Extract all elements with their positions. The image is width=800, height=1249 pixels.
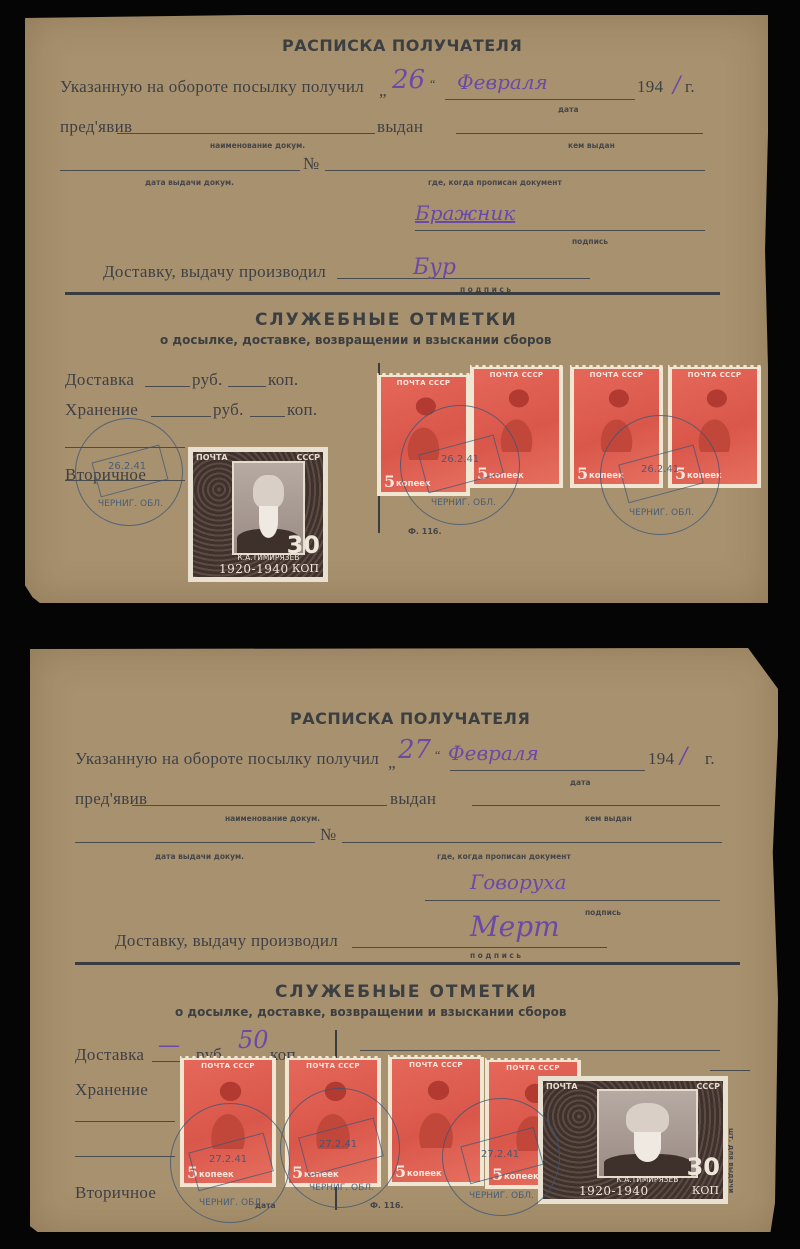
stamp-years: 1920-1940 [219, 562, 289, 576]
caption-date: дата [570, 778, 591, 787]
portrait-head [253, 475, 283, 509]
year-prefix: 194 [648, 749, 674, 769]
receipt-title: РАСПИСКА ПОЛУЧАТЕЛЯ [282, 36, 522, 55]
issued-by-line [472, 805, 720, 806]
stamp-name: К.А.ТИМИРЯЗЕВ [597, 1175, 698, 1184]
stamp-header: ПОЧТА СССР [489, 1064, 577, 1072]
issued-label: выдан [377, 117, 423, 137]
postmark-1: 27.2.41 ЧЕРНИГ. ОБЛ. [170, 1103, 290, 1223]
caption-date: дата [558, 105, 579, 114]
signature-line [425, 900, 720, 901]
fee-storage-label: Хранение [75, 1080, 148, 1100]
service-title: СЛУЖЕБНЫЕ ОТМЕТКИ [255, 310, 518, 330]
caption-registered: где, когда прописан документ [437, 852, 571, 861]
stamp-unit: КОП [292, 562, 319, 575]
right-column-line-1 [360, 1050, 720, 1051]
stamp-value: 5 [384, 472, 395, 491]
handwritten-month: Февраля [457, 70, 548, 94]
caption-signature: подпись [572, 237, 608, 246]
stamp-unit: КОП [692, 1184, 719, 1197]
handwritten-kop: 50 [238, 1026, 269, 1054]
stamp-timiryazev-30-kop: ПОЧТА СССР К.А.ТИМИРЯЗЕВ 1920-1940 30 КО… [188, 447, 328, 582]
postmark-place: ЧЕРНИГ. ОБЛ. [309, 1183, 374, 1193]
postmark-place: ЧЕРНИГ. ОБЛ. [629, 508, 694, 518]
stamp-header: ПОЧТА СССР [184, 1062, 272, 1070]
recipient-signature: Бражник [415, 201, 515, 225]
secondary-label: Вторичное [75, 1183, 156, 1203]
number-sign: № [320, 825, 337, 845]
year-suffix: г. [705, 749, 715, 769]
quote-open: „ [379, 81, 387, 101]
courier-signature-line [337, 278, 590, 279]
service-subtitle: о досылке, доставке, возвращении и взыск… [175, 1005, 566, 1019]
handwritten-year-digit: / [673, 73, 680, 98]
date-line [450, 770, 645, 771]
recipient-signature: Говоруха [470, 870, 567, 894]
caption-issued-by: кем выдан [585, 814, 632, 823]
received-label: Указанную на обороте посылку получил [60, 77, 364, 97]
portrait-beard [259, 506, 278, 538]
postmark-date: 27.2.41 [209, 1154, 247, 1165]
handwritten-year-digit: / [680, 744, 687, 769]
caption-issue-date: дата выдачи докум. [145, 178, 234, 187]
quote-close: “ [435, 748, 441, 763]
postmark-2: 27.2.41 ЧЕРНИГ. ОБЛ. [280, 1088, 400, 1208]
fee-delivery-label: Доставка [75, 1045, 144, 1065]
received-label: Указанную на обороте посылку получил [75, 749, 379, 769]
doc-number-line [342, 842, 722, 843]
portrait-image [597, 1089, 698, 1178]
postmark-date: 26.2.41 [108, 461, 146, 472]
caption-doc-name: наименование докум. [225, 814, 320, 823]
delivery-by-label: Доставку, выдачу производил [115, 931, 338, 951]
fee-rub-label: руб. [192, 370, 223, 390]
side-note: шт. для выдачи [727, 1128, 735, 1193]
stamp-header: ПОЧТА СССР [289, 1062, 377, 1070]
issue-date-line [60, 170, 300, 171]
postmark-date: 27.2.41 [319, 1139, 357, 1150]
caption-registered: где, когда прописан документ [428, 178, 562, 187]
receipt-title: РАСПИСКА ПОЛУЧАТЕЛЯ [290, 709, 530, 728]
courier-signature-line [352, 947, 607, 948]
stamp-header-left: ПОЧТА [196, 453, 228, 462]
section-divider [75, 962, 740, 965]
fee-delivery-label: Доставка [65, 370, 134, 390]
fee-delivery-kop-line [228, 386, 266, 387]
blank-line-2 [75, 1156, 175, 1157]
service-subtitle: о досылке, доставке, возвращении и взыск… [160, 333, 551, 347]
year-suffix: г. [685, 77, 695, 97]
stamp-header: ПОЧТА СССР [392, 1061, 480, 1069]
postmark-1: 26.2.41 ЧЕРНИГ. ОБЛ. [75, 418, 183, 526]
quote-close: “ [430, 77, 436, 92]
stamp-header-left: ПОЧТА [546, 1082, 578, 1091]
caption-signature: подпись [585, 908, 621, 917]
doc-name-line [132, 805, 387, 806]
signature-line [415, 230, 705, 231]
postmark-place: ЧЕРНИГ. ОБЛ. [469, 1191, 534, 1201]
handwritten-day: 27 [398, 735, 431, 765]
handwritten-day: 26 [392, 65, 425, 95]
section-divider [65, 292, 720, 295]
year-prefix: 194 [637, 77, 663, 97]
delivery-by-label: Доставку, выдачу производил [103, 262, 326, 282]
stamp-header: ПОЧТА СССР [672, 371, 757, 379]
fee-kop-label-2: коп. [287, 400, 317, 420]
caption-doc-name: наименование докум. [210, 141, 305, 150]
handwritten-rub: — [158, 1033, 180, 1058]
stamp-value: 5 [577, 464, 588, 483]
fee-rub-label-2: руб. [213, 400, 244, 420]
postmark-date: 26.2.41 [641, 464, 679, 475]
stamp-years: 1920-1940 [579, 1184, 649, 1198]
fee-storage-label: Хранение [65, 400, 138, 420]
portrait-beard [634, 1132, 661, 1162]
service-title: СЛУЖЕБНЫЕ ОТМЕТКИ [275, 982, 538, 1002]
postmark-place: ЧЕРНИГ. ОБЛ. [98, 499, 163, 509]
quote-open: „ [388, 753, 396, 773]
postmark-2: 26.2.41 ЧЕРНИГ. ОБЛ. [400, 405, 520, 525]
receipt-card-2: РАСПИСКА ПОЛУЧАТЕЛЯ Указанную на обороте… [30, 648, 778, 1232]
stamp-unit: копеек [407, 1169, 442, 1179]
doc-number-line [325, 170, 705, 171]
postmark-3: 26.2.41 ЧЕРНИГ. ОБЛ. [600, 415, 720, 535]
postmark-date: 26.2.41 [441, 454, 479, 465]
courier-signature: Бур [413, 255, 456, 280]
stamp-header: ПОЧТА СССР [474, 371, 559, 379]
caption-issue-date: дата выдачи докум. [155, 852, 244, 861]
postmark-3: 27.2.41 ЧЕРНИГ. ОБЛ. [442, 1098, 560, 1216]
fee-kop-label: коп. [268, 370, 298, 390]
right-column-line-2 [710, 1070, 750, 1071]
courier-signature: Мерт [470, 910, 560, 943]
blank-line-1 [75, 1121, 175, 1122]
fee-delivery-rub-line [145, 386, 190, 387]
portrait-head [626, 1103, 669, 1135]
issue-date-line [75, 842, 315, 843]
handwritten-month: Февраля [448, 741, 539, 765]
receipt-card-1: РАСПИСКА ПОЛУЧАТЕЛЯ Указанную на обороте… [25, 15, 768, 603]
postmark-date: 27.2.41 [481, 1149, 519, 1160]
stamp-header: ПОЧТА СССР [574, 371, 659, 379]
form-number: Ф. 116. [408, 527, 442, 536]
stamp-value: 30 [687, 1153, 720, 1181]
form-number: Ф. 116. [370, 1201, 404, 1210]
date-line [445, 99, 635, 100]
doc-name-line [117, 133, 375, 134]
fee-storage-rub-line [151, 416, 211, 417]
stamp-header: ПОЧТА СССР [381, 379, 466, 387]
number-sign: № [303, 154, 320, 174]
issued-label: выдан [390, 789, 436, 809]
stamp-header-right: СССР [697, 1082, 720, 1091]
postmark-place: ЧЕРНИГ. ОБЛ. [431, 498, 496, 508]
stamp-timiryazev-30-kop: ПОЧТА СССР К.А.ТИМИРЯЗЕВ 1920-1940 30 КО… [538, 1076, 728, 1204]
issued-by-line [456, 133, 703, 134]
fee-storage-kop-line [250, 416, 285, 417]
caption-issued-by: кем выдан [568, 141, 615, 150]
caption-signature-2: подпись [470, 951, 524, 960]
postmark-place: ЧЕРНИГ. ОБЛ. [199, 1198, 264, 1208]
stamp-value: 30 [287, 531, 320, 559]
